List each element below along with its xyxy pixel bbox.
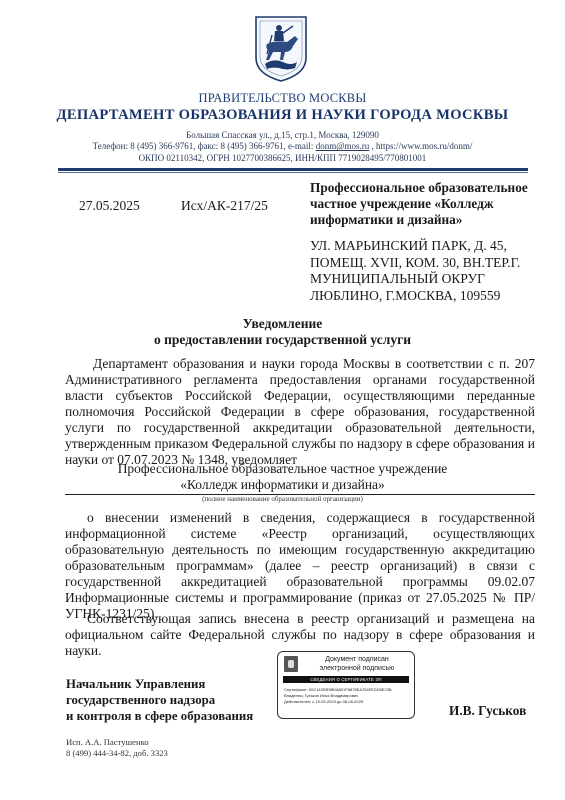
stamp-heading-line1: Документ подписан — [302, 655, 412, 664]
header-divider-thick — [58, 168, 528, 171]
signer-position-line2: государственного надзора — [66, 692, 253, 708]
signer-position-line3: и контроля в сфере образования — [66, 708, 253, 724]
stamp-owner: Владелец: Гуськов Илья Владимирович — [284, 693, 412, 698]
notice-title: Уведомление о предоставлении государстве… — [0, 316, 565, 348]
stamp-heading-line2: электронной подписью — [302, 664, 412, 673]
body-paragraph-2: о внесении изменений в сведения, содержа… — [65, 510, 535, 622]
header-divider-thin — [58, 172, 528, 173]
department-phones: Телефон: 8 (495) 366-9761, факс: 8 (495)… — [0, 141, 565, 152]
department-registry: ОКПО 02110342, ОГРН 1027700386625, ИНН/К… — [0, 153, 565, 164]
notice-title-line1: Уведомление — [0, 316, 565, 332]
e-signature-stamp: Документ подписан электронной подписью С… — [277, 651, 415, 719]
letter-date: 27.05.2025 — [79, 198, 140, 214]
stamp-certificate-number: Сертификат: 00C142EB9BDA801F8878EA784FED… — [284, 687, 412, 692]
recipient-address: УЛ. МАРЬИНСКИЙ ПАРК, Д. 45, ПОМЕЩ. XVII,… — [310, 238, 540, 304]
executor-name: Исп. А.А. Пастушенко — [66, 737, 168, 748]
executor-phone: 8 (499) 444-34-82, доб. 3323 — [66, 748, 168, 759]
signer-position-line1: Начальник Управления — [66, 676, 253, 692]
organization-name: Профессиональное образовательное частное… — [0, 461, 565, 493]
contacts-prefix: Телефон: 8 (495) 366-9761, факс: 8 (495)… — [93, 141, 316, 151]
email-link[interactable]: donm@mos.ru — [316, 141, 370, 151]
organization-caption: (полное наименование образовательной орг… — [0, 495, 565, 503]
signer-name: И.В. Гуськов — [449, 703, 526, 719]
department-contacts: Большая Спасская ул., д.15, стр.1, Москв… — [0, 130, 565, 164]
organization-name-line2: «Колледж информатики и дизайна» — [0, 477, 565, 493]
executor-info: Исп. А.А. Пастушенко 8 (499) 444-34-82, … — [66, 737, 168, 759]
stamp-heading: Документ подписан электронной подписью — [302, 655, 412, 673]
website-link[interactable]: , https://www.mos.ru/donm/ — [369, 141, 472, 151]
department-name: ДЕПАРТАМЕНТ ОБРАЗОВАНИЯ И НАУКИ ГОРОДА М… — [0, 107, 565, 124]
recipient-name: Профессиональное образовательное частное… — [310, 180, 535, 228]
department-address: Большая Спасская ул., д.15, стр.1, Москв… — [0, 130, 565, 141]
government-name: ПРАВИТЕЛЬСТВО МОСКВЫ — [0, 91, 565, 106]
body-paragraph-1: Департамент образования и науки города М… — [65, 356, 535, 468]
stamp-certificate-bar: СВЕДЕНИЯ О СЕРТИФИКАТЕ ЭП — [283, 676, 409, 683]
organization-name-line1: Профессиональное образовательное частное… — [0, 461, 565, 477]
outgoing-number: Исх/АК-217/25 — [181, 198, 268, 214]
moscow-coat-of-arms-icon — [253, 14, 309, 84]
signer-position: Начальник Управления государственного на… — [66, 676, 253, 724]
notice-title-line2: о предоставлении государственной услуги — [0, 332, 565, 348]
stamp-validity: Действителен: с 15-05-2024 до 08-08-2025 — [284, 699, 412, 704]
moscow-emblem-icon — [284, 656, 298, 672]
